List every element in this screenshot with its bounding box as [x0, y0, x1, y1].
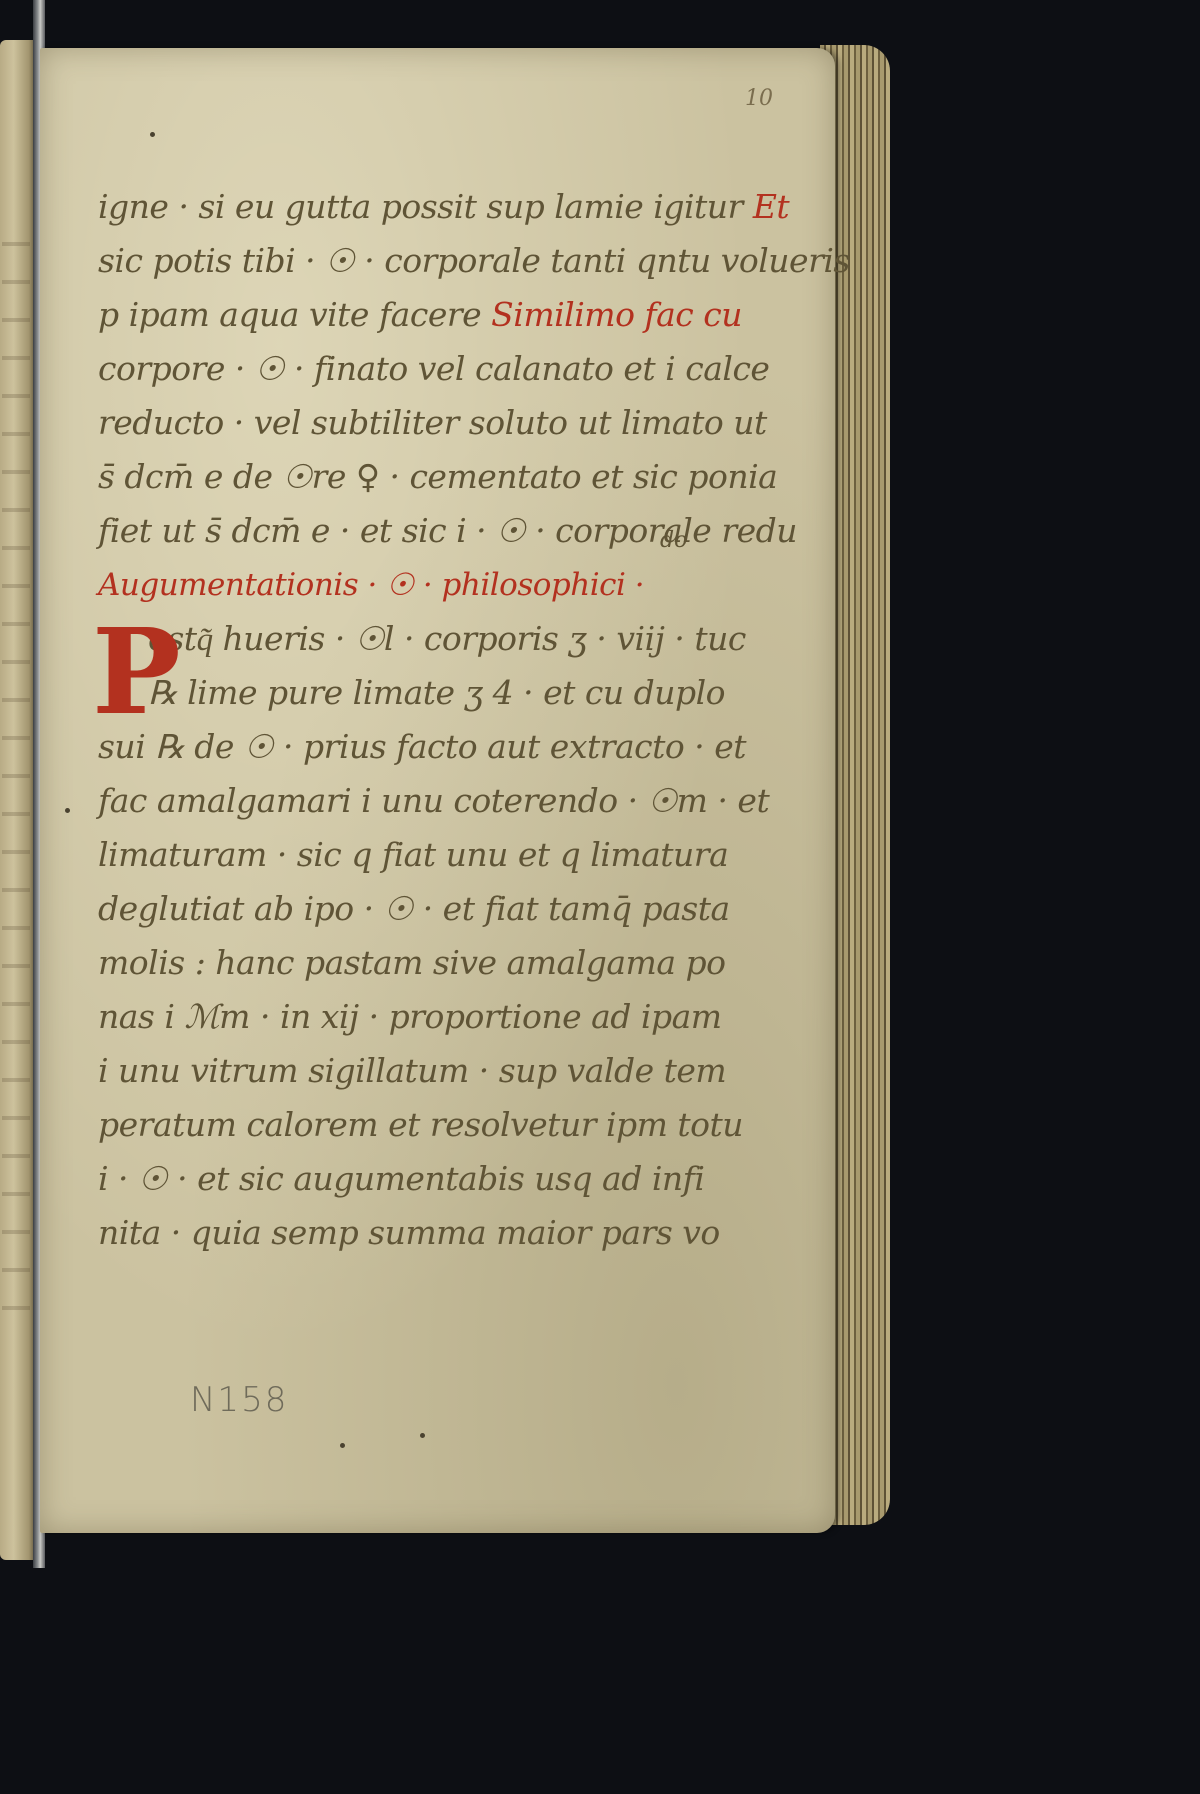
text-line-content: p ipam aqua vite facere	[98, 295, 481, 334]
text-line: limaturam · sic q fiat unu et q limatura	[98, 828, 698, 882]
ink-speck	[65, 808, 70, 813]
facing-page-text-traces	[2, 220, 30, 1320]
pencil-shelfmark: N158	[190, 1380, 288, 1420]
ink-speck	[150, 132, 155, 137]
folio-number: 10	[745, 86, 773, 111]
text-line: corpore · ☉ · finato vel calanato et i c…	[98, 342, 698, 396]
text-line: reducto · vel subtiliter soluto ut limat…	[98, 396, 698, 450]
rubricated-initial: P	[92, 622, 181, 722]
rubric-paragraph-mark: Similimo fac cu	[491, 295, 742, 334]
text-line: s̄ dcm̄ e de ☉re ♀ · cementato et sic po…	[98, 450, 698, 504]
text-line: igne · si eu gutta possit sup lamie igit…	[98, 180, 698, 234]
text-line-content: igne · si eu gutta possit sup lamie igit…	[98, 187, 743, 226]
text-line: sic potis tibi · ☉ · corporale tanti qnt…	[98, 234, 698, 288]
text-line: ℞ lime pure limate ʒ 4 · et cu duplo	[98, 666, 698, 720]
text-line: p ipam aqua vite facere Similimo fac cu	[98, 288, 698, 342]
rubric-heading: Augumentationis · ☉ · philosophici ·	[98, 558, 698, 612]
text-line: fac amalgamari i unu coterendo · ☉m · et	[98, 774, 698, 828]
text-line: i · ☉ · et sic augumentabis usq ad infi	[98, 1152, 698, 1206]
text-line: fiet ut s̄ dcm̄ e · et sic i · ☉ · corpo…	[98, 504, 698, 558]
ink-speck	[340, 1443, 345, 1448]
facing-page-edge	[0, 40, 34, 1560]
manuscript-scan: 10 igne · si eu gutta possit sup lamie i…	[0, 0, 1049, 1568]
text-line: i unu vitrum sigillatum · sup valde tem	[98, 1044, 698, 1098]
ink-speck	[420, 1433, 425, 1438]
margin-correction: do	[660, 528, 687, 553]
text-line: molis : hanc pastam sive amalgama po	[98, 936, 698, 990]
text-line: nita · quia semp summa maior pars vo	[98, 1206, 698, 1260]
text-line: nas i ℳm · in xij · proportione ad ipam	[98, 990, 698, 1044]
text-line: deglutiat ab ipo · ☉ · et fiat tamq̄ pas…	[98, 882, 698, 936]
rubric-paragraph-mark: Et	[753, 187, 789, 226]
text-line: ostq͂ hueris · ☉l · corporis ʒ · viij · …	[98, 612, 698, 666]
main-text-block: igne · si eu gutta possit sup lamie igit…	[98, 180, 698, 1260]
text-line: peratum calorem et resolvetur ipm totu	[98, 1098, 698, 1152]
text-line: sui ℞ de ☉ · prius facto aut extracto · …	[98, 720, 698, 774]
